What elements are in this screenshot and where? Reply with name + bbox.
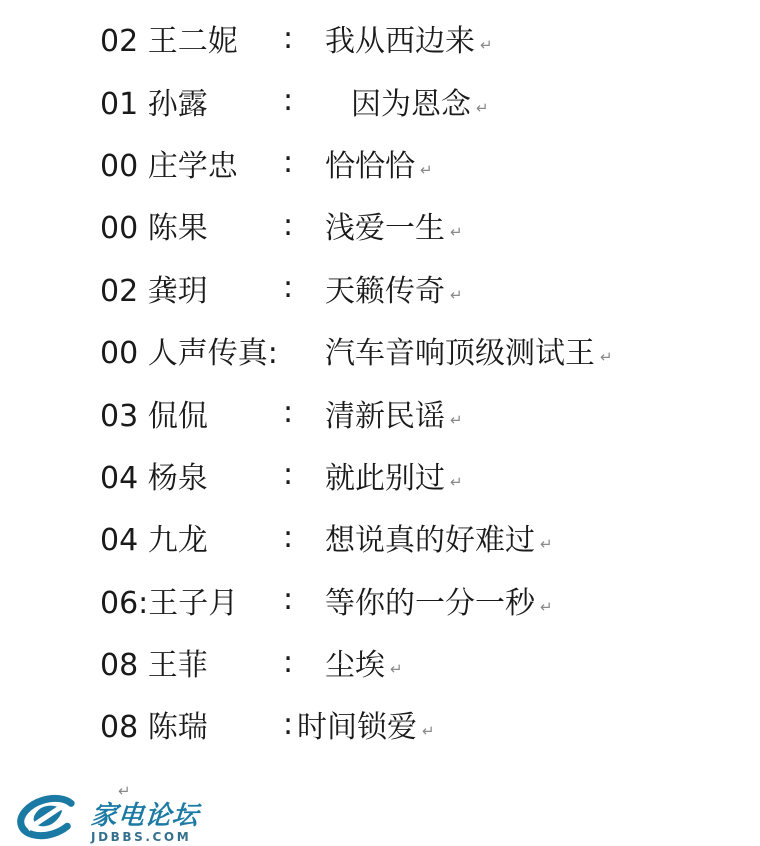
song-row: 04 九龙 : 想说真的好难过 ↵: [100, 506, 760, 568]
song-title: 就此别过: [325, 453, 445, 497]
song-row: 02 王二妮 : 我从西边来 ↵: [100, 7, 760, 69]
colon-separator: :: [283, 270, 325, 305]
line-break-mark-icon: ↵: [450, 286, 463, 304]
line-break-mark-icon: ↵: [450, 223, 463, 241]
jdbbs-logo-text: 家电论坛 JDBBS.COM: [91, 803, 199, 843]
jdbbs-logo-cn-text: 家电论坛: [90, 803, 200, 829]
jdbbs-logo: 家电论坛 JDBBS.COM: [14, 792, 199, 846]
colon-separator: :: [283, 395, 325, 430]
line-break-mark-icon: ↵: [450, 473, 463, 491]
track-artist-label: 02 王二妮: [100, 16, 283, 60]
track-artist-label: 04 九龙: [100, 515, 283, 559]
line-break-mark-icon: ↵: [390, 660, 403, 678]
track-artist-label: 01 孙露: [100, 79, 283, 123]
song-row: 00 人声传真: 汽车音响顶级测试王 ↵: [100, 319, 760, 381]
line-break-mark-icon: ↵: [450, 411, 463, 429]
colon-separator: :: [283, 645, 325, 680]
song-title: 等你的一分一秒: [325, 578, 535, 622]
jdbbs-swirl-icon: [14, 792, 82, 846]
document-page: 02 王二妮 : 我从西边来 ↵ 01 孙露 : 因为恩念 ↵ 00 庄学忠 :…: [0, 0, 760, 846]
song-row: 03 侃侃 : 清新民谣 ↵: [100, 381, 760, 443]
track-artist-label: 00 陈果: [100, 203, 283, 247]
colon-separator: :: [283, 83, 325, 118]
track-artist-label: 00 人声传真:: [100, 328, 283, 372]
track-artist-label: 04 杨泉: [100, 453, 283, 497]
colon-separator: :: [283, 145, 325, 180]
song-title: 尘埃: [325, 640, 385, 684]
song-row: 02 龚玥 : 天籁传奇 ↵: [100, 257, 760, 319]
song-title: 天籁传奇: [325, 266, 445, 310]
line-break-mark-icon: ↵: [540, 598, 553, 616]
line-break-mark-icon: ↵: [422, 722, 435, 740]
line-break-mark-icon: ↵: [600, 348, 613, 366]
song-row: 00 陈果 : 浅爱一生 ↵: [100, 194, 760, 256]
song-title: 因为恩念: [325, 79, 471, 123]
song-title: 恰恰恰: [325, 141, 415, 185]
line-break-mark-icon: ↵: [540, 535, 553, 553]
colon-separator: :: [283, 582, 325, 617]
song-list: 02 王二妮 : 我从西边来 ↵ 01 孙露 : 因为恩念 ↵ 00 庄学忠 :…: [0, 0, 760, 756]
song-row: 01 孙露 : 因为恩念 ↵: [100, 69, 760, 131]
line-break-mark-icon: ↵: [420, 161, 433, 179]
song-title: 时间锁爱: [297, 702, 417, 746]
track-artist-label: 02 龚玥: [100, 266, 283, 310]
track-artist-label: 06:王子月: [100, 578, 283, 622]
song-title: 浅爱一生: [325, 203, 445, 247]
line-break-mark-icon: ↵: [480, 36, 493, 54]
song-title: 想说真的好难过: [325, 515, 535, 559]
colon-separator: :: [283, 520, 325, 555]
song-row: 04 杨泉 : 就此别过 ↵: [100, 444, 760, 506]
song-row: 08 陈瑞 : 时间锁爱 ↵: [100, 693, 760, 755]
track-artist-label: 08 陈瑞: [100, 702, 283, 746]
line-break-mark-icon: ↵: [476, 99, 489, 117]
song-row: 06:王子月 : 等你的一分一秒 ↵: [100, 569, 760, 631]
track-artist-label: 00 庄学忠: [100, 141, 283, 185]
song-row: 00 庄学忠 : 恰恰恰 ↵: [100, 132, 760, 194]
colon-separator: :: [283, 707, 297, 742]
track-artist-label: 08 王菲: [100, 640, 283, 684]
colon-separator: :: [283, 21, 325, 56]
song-title: 汽车音响顶级测试王: [325, 328, 595, 372]
song-title: 清新民谣: [325, 391, 445, 435]
track-artist-label: 03 侃侃: [100, 391, 283, 435]
colon-separator: :: [283, 208, 325, 243]
jdbbs-logo-domain-text: JDBBS.COM: [91, 831, 199, 843]
song-title: 我从西边来: [325, 16, 475, 60]
colon-separator: :: [283, 457, 325, 492]
song-row: 08 王菲 : 尘埃 ↵: [100, 631, 760, 693]
